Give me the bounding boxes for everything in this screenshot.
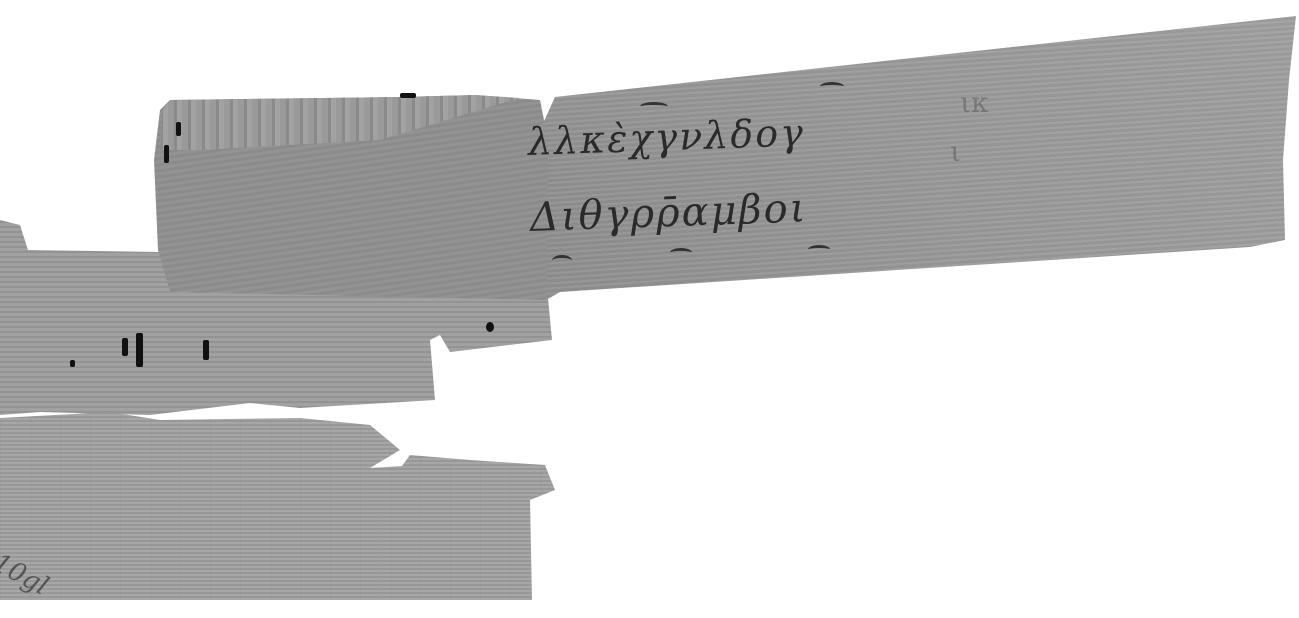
diacritic-mark [808,245,830,254]
diacritic-mark [820,82,844,91]
papyrus-hole [136,333,143,367]
papyrus-hole [70,360,75,367]
papyrus-hole [400,93,416,98]
greek-text-line-2: Διθγρρ̄αμβοι [529,185,808,241]
diacritic-mark [670,248,692,257]
papyrus-hole [203,340,209,360]
marginal-note-top: ικ [960,86,988,119]
diacritic-mark [552,255,572,266]
papyrus-hole [486,322,494,332]
diacritic-mark [640,102,668,111]
papyrus-hole [122,338,128,356]
papyrus-hole [176,122,181,136]
marginal-note-bottom: ι [950,135,961,168]
papyrus-hole [164,145,169,163]
